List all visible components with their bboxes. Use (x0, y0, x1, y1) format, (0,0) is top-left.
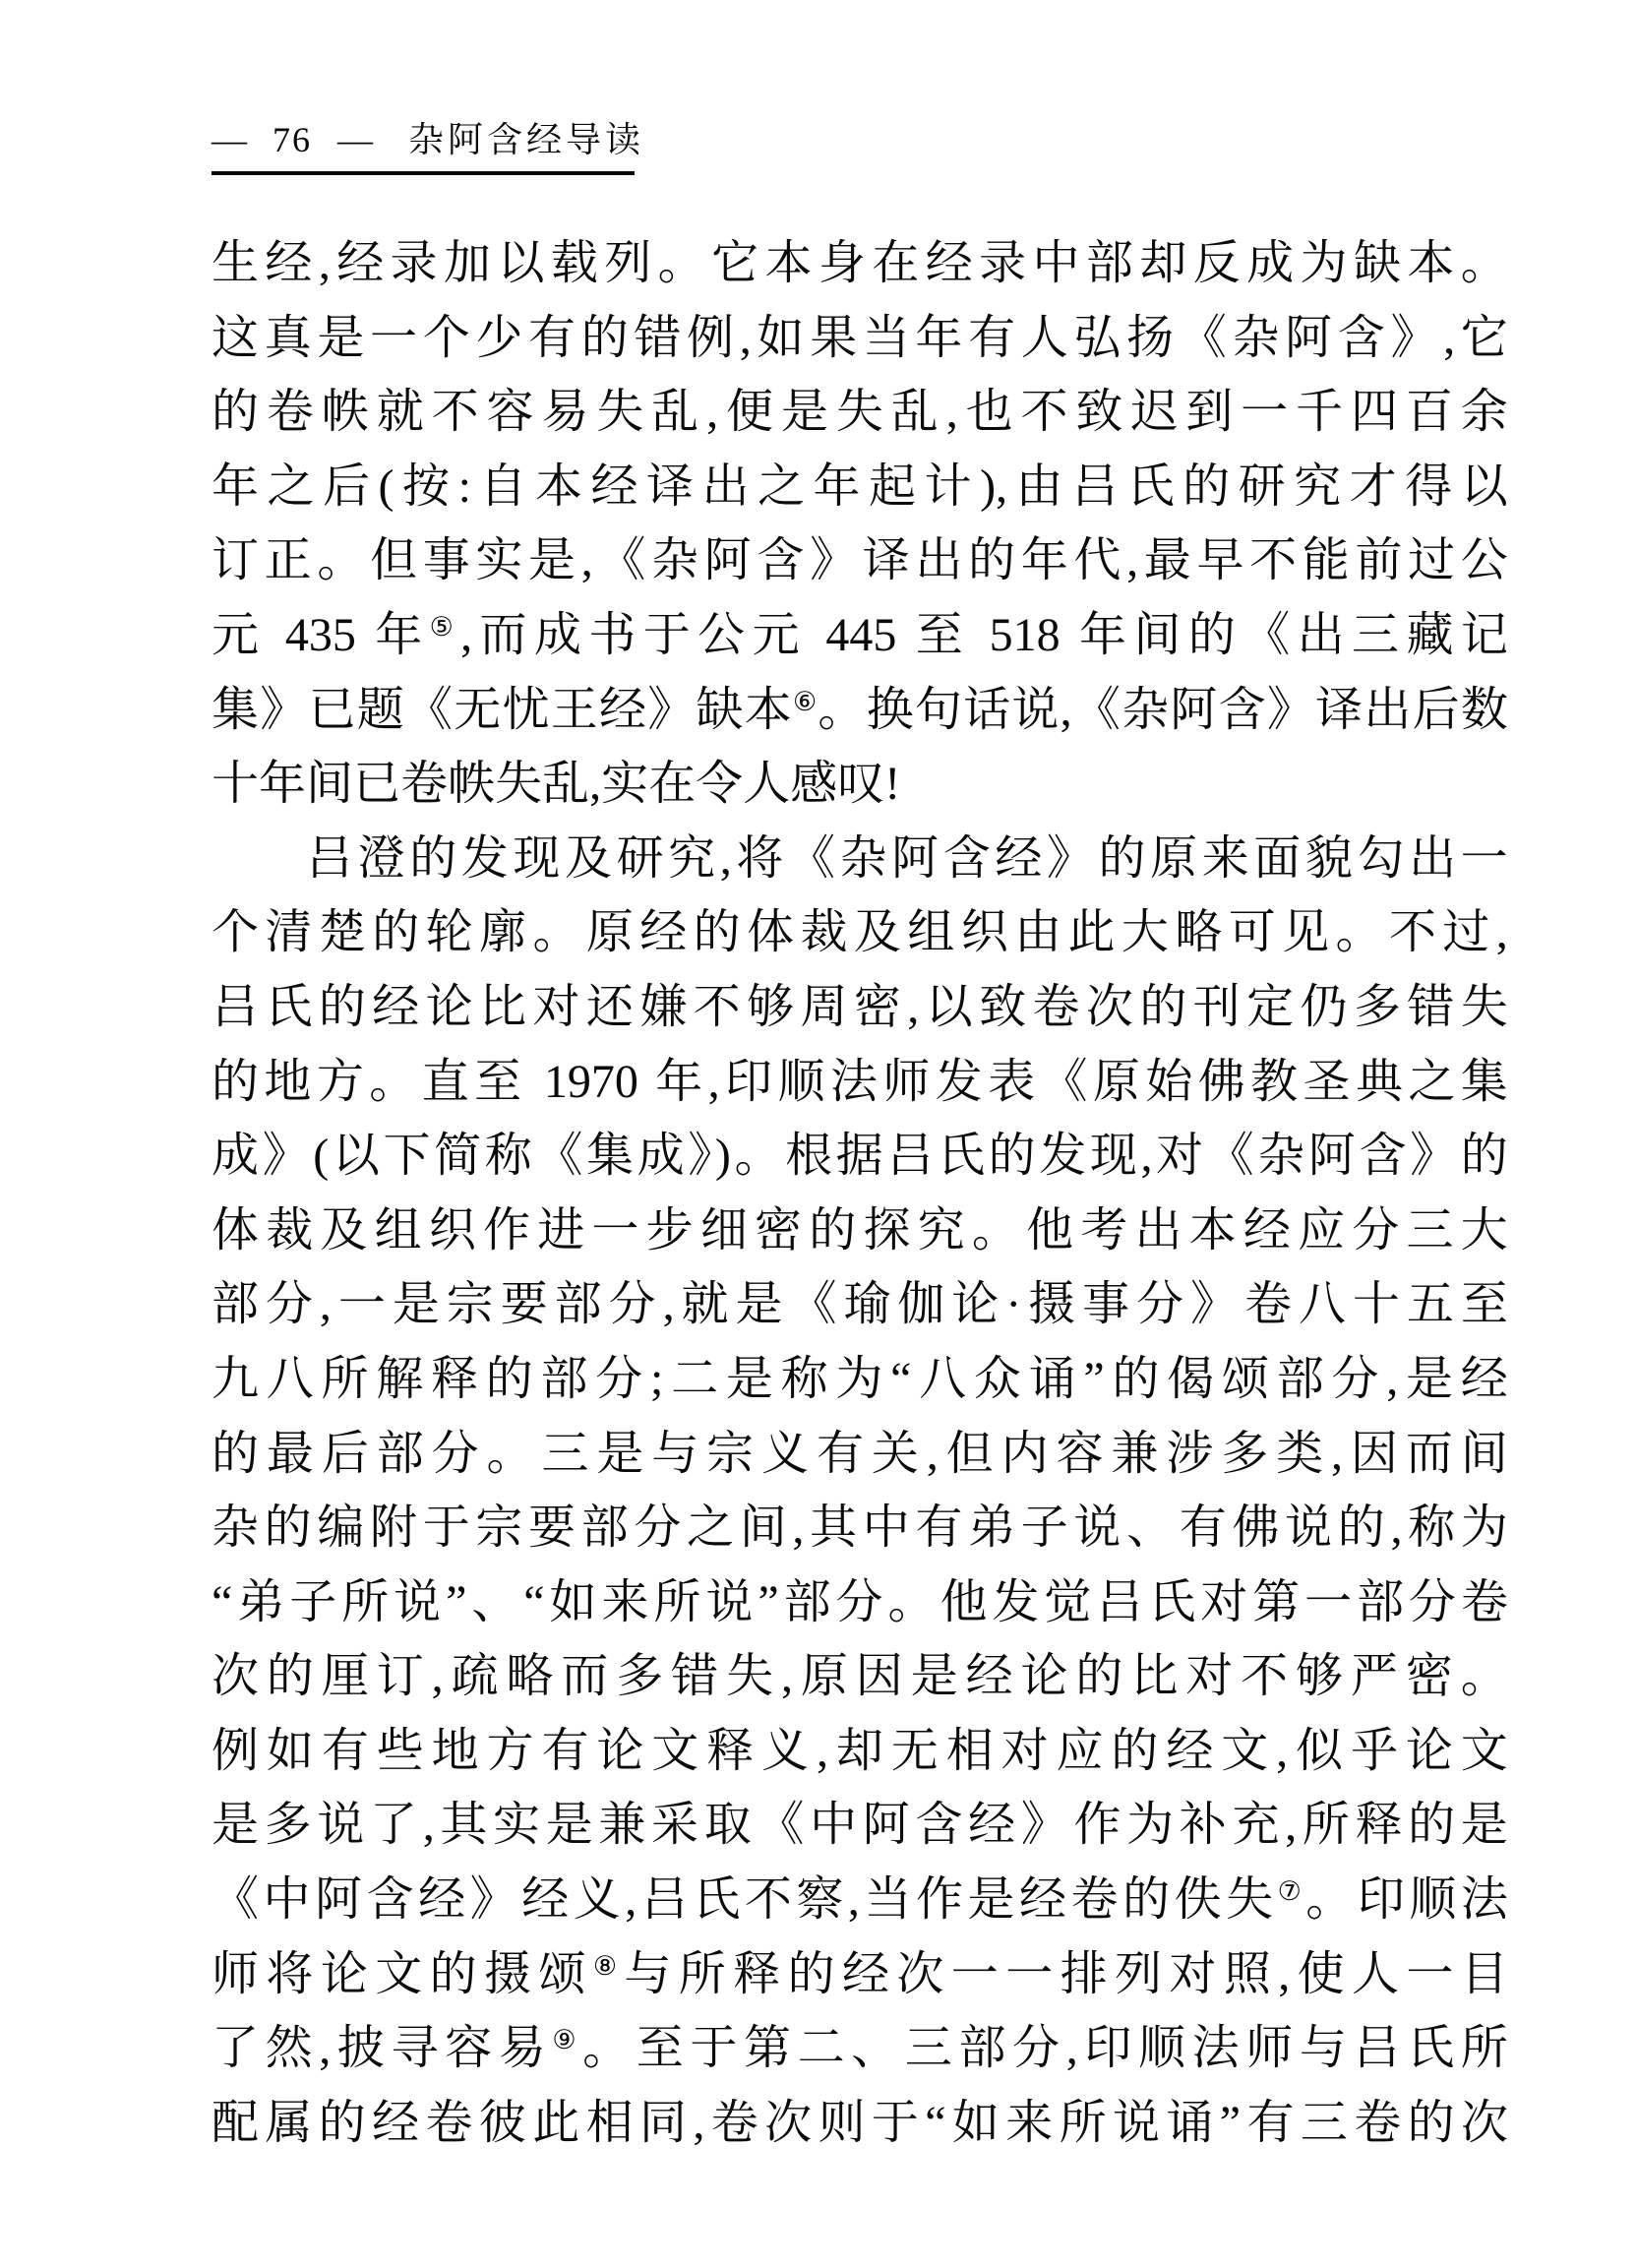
text-line: 个清楚的轮廓。原经的体裁及组织由此大略可见。不过, (212, 895, 1508, 970)
text-line: 是多说了,其实是兼采取《中阿含经》作为补充,所释的是 (212, 1788, 1508, 1863)
text-line: 的卷帙就不容易失乱,便是失乱,也不致迟到一千四百余 (212, 375, 1508, 450)
text-line: 的最后部分。三是与宗义有关,但内容兼涉多类,因而间 (212, 1417, 1508, 1492)
text-line: 元 435 年⑤,而成书于公元 445 至 518 年间的《出三藏记 (212, 598, 1508, 673)
text-line: 成》(以下简称《集成》)。根据吕氏的发现,对《杂阿含》的 (212, 1119, 1508, 1194)
page-number: 76 (273, 120, 312, 159)
footnote-marker: ⑦ (1278, 1876, 1306, 1906)
header-dash-left: — (212, 120, 247, 159)
footnote-marker: ⑨ (552, 2025, 582, 2054)
text-line: 这真是一个少有的错例,如果当年有人弘扬《杂阿含》,它 (212, 301, 1508, 376)
text-line: 体裁及组织作进一步细密的探究。他考出本经应分三大 (212, 1194, 1508, 1268)
text-line: 的地方。直至 1970 年,印顺法师发表《原始佛教圣典之集 (212, 1045, 1508, 1120)
running-header: — 76 — 杂阿含经导读 (212, 120, 635, 175)
page-body: 生经,经录加以载列。它本身在经录中部却反成为缺本。这真是一个少有的错例,如果当年… (212, 226, 1508, 2160)
text-line: 例如有些地方有论文释义,却无相对应的经文,似乎论文 (212, 1714, 1508, 1789)
text-line: 杂的编附于宗要部分之间,其中有弟子说、有佛说的,称为 (212, 1491, 1508, 1565)
book-title: 杂阿含经导读 (408, 120, 644, 159)
text-line: 师将论文的摄颂⑧与所释的经次一一排列对照,使人一目 (212, 1937, 1508, 2012)
footnote-marker: ⑤ (430, 612, 461, 642)
book-page: — 76 — 杂阿含经导读 生经,经录加以载列。它本身在经录中部却反成为缺本。这… (0, 0, 1637, 2268)
text-line: 次的厘订,疏略而多错失,原因是经论的比对不够严密。 (212, 1639, 1508, 1714)
text-line: 生经,经录加以载列。它本身在经录中部却反成为缺本。 (212, 226, 1508, 301)
text-line: 配属的经卷彼此相同,卷次则于“如来所说诵”有三卷的次 (212, 2086, 1508, 2161)
text-line: 部分,一是宗要部分,就是《瑜伽论·摄事分》卷八十五至 (212, 1267, 1508, 1342)
footnote-marker: ⑧ (593, 1951, 625, 1981)
text-line: 吕澄的发现及研究,将《杂阿含经》的原来面貌勾出一 (212, 822, 1508, 896)
text-line: “弟子所说”、“如来所说”部分。他发觉吕氏对第一部分卷 (212, 1565, 1508, 1640)
text-line: 了然,披寻容易⑨。至于第二、三部分,印顺法师与吕氏所 (212, 2011, 1508, 2086)
footnote-marker: ⑥ (793, 687, 818, 716)
text-line: 年之后(按:自本经译出之年起计),由吕氏的研究才得以 (212, 450, 1508, 524)
text-line: 九八所解释的部分;二是称为“八众诵”的偈颂部分,是经 (212, 1342, 1508, 1417)
text-line: 集》已题《无忧王经》缺本⑥。换句话说,《杂阿含》译出后数 (212, 673, 1508, 748)
text-line: 十年间已卷帙失乱,实在令人感叹! (212, 747, 1508, 822)
text-line: 吕氏的经论比对还嫌不够周密,以致卷次的刊定仍多错失 (212, 970, 1508, 1045)
header-dash-right: — (337, 120, 373, 159)
text-line: 《中阿含经》经义,吕氏不察,当作是经卷的佚失⑦。印顺法 (212, 1863, 1508, 1937)
text-line: 订正。但事实是,《杂阿含》译出的年代,最早不能前过公 (212, 523, 1508, 598)
